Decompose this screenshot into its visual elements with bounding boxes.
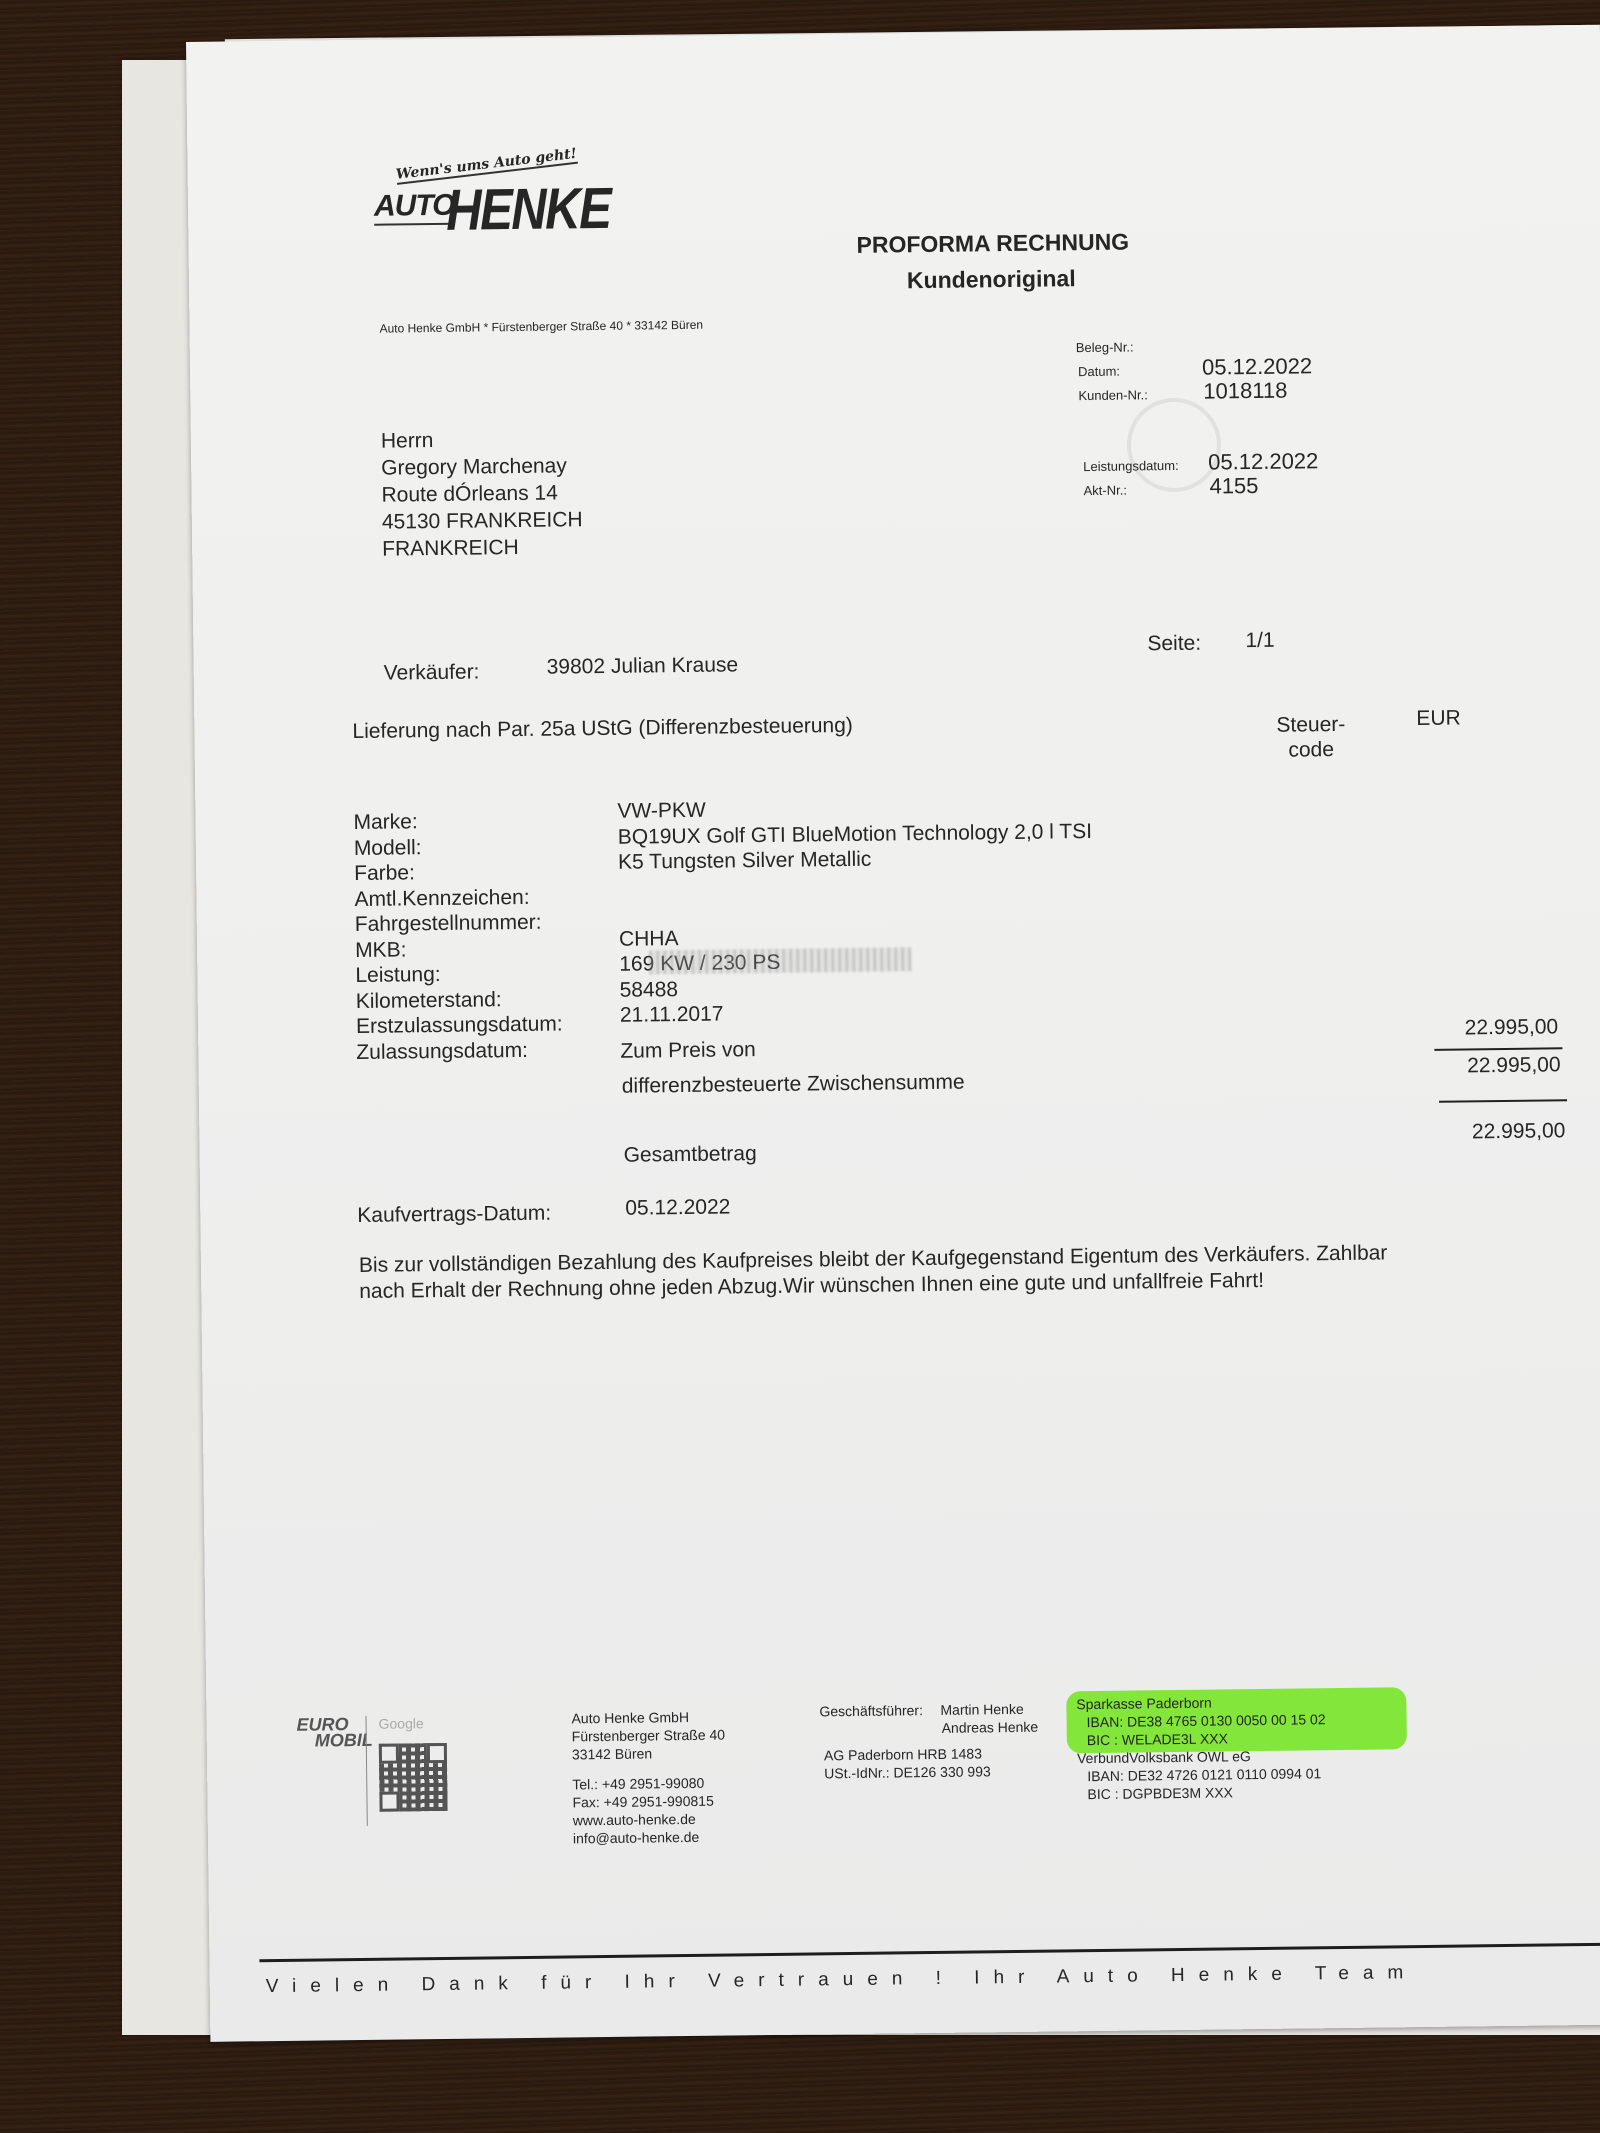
akt-nr-value: 4155 (1209, 473, 1258, 500)
leistungsdatum-value: 05.12.2022 (1208, 448, 1318, 475)
vehicle-field-label: MKB: (355, 935, 562, 963)
price-label: Zum Preis von (620, 1038, 756, 1064)
logo-auto-text: AUTO (374, 189, 455, 226)
footer-gf-label: Geschäftsführer: (819, 1701, 923, 1720)
recipient-country: FRANKREICH (382, 533, 583, 562)
datum-value: 05.12.2022 (1202, 353, 1312, 380)
page-value: 1/1 (1245, 629, 1274, 653)
steuercode-header-line2: code (1277, 737, 1346, 763)
contract-date-value: 05.12.2022 (625, 1195, 730, 1220)
footer-vat-id: USt.-IdNr.: DE126 330 993 (824, 1762, 991, 1782)
total-rule (1439, 1099, 1567, 1103)
bank1-iban: IBAN: DE38 4765 0130 0050 00 15 02 (1076, 1710, 1325, 1731)
invoice-page: Wenn's ums Auto geht! AUTO HENKE PROFORM… (186, 25, 1600, 2042)
subtotal-label: differenzbesteuerte Zwischensumme (622, 1071, 965, 1099)
vehicle-field-label: Zulassungsdatum: (356, 1037, 563, 1065)
seller-value: 39802 Julian Krause (547, 653, 739, 679)
vehicle-field-label: Farbe: (354, 858, 561, 886)
google-maps-label: Google (378, 1715, 423, 1732)
footer-company: Auto Henke GmbH (571, 1708, 725, 1728)
vw-watermark-icon (1126, 397, 1221, 492)
footer-website-link[interactable]: www.auto-henke.de (573, 1810, 727, 1830)
footer-register: AG Paderborn HRB 1483 (824, 1744, 982, 1764)
recipient-street: Route dÓrleans 14 (381, 479, 582, 508)
vehicle-field-label: Amtl.Kennzeichen: (354, 884, 561, 912)
kunden-nr-label: Kunden-Nr.: (1078, 387, 1148, 403)
vehicle-values: VW-PKWBQ19UX Golf GTI BlueMotion Technol… (617, 793, 1094, 1054)
vehicle-field-label: Leistung: (355, 960, 562, 988)
total-value: 22.995,00 (1415, 1119, 1565, 1145)
euromobil-logo: EURO MOBIL (296, 1716, 372, 1749)
redacted-vin (649, 947, 911, 974)
contract-date-label: Kaufvertrags-Datum: (357, 1202, 551, 1228)
akt-nr-label: Akt-Nr.: (1083, 483, 1127, 499)
subtotal-rule (1434, 1047, 1562, 1051)
currency-header: EUR (1416, 706, 1461, 731)
bank1-block: Sparkasse Paderborn IBAN: DE38 4765 0130… (1076, 1692, 1326, 1803)
recipient-name: Gregory Marchenay (381, 452, 582, 481)
page-label: Seite: (1147, 632, 1201, 657)
footer-fax: Fax: +49 2951-990815 (572, 1792, 726, 1812)
footer-tel: Tel.: +49 2951-99080 (572, 1774, 726, 1794)
subtotal-value: 22.995,00 (1410, 1053, 1560, 1079)
qr-code-icon[interactable] (379, 1743, 448, 1812)
bank2-iban: IBAN: DE32 4726 0121 0110 0994 01 (1077, 1764, 1326, 1785)
footer-rule (259, 1943, 1600, 1963)
recipient-city: 45130 FRANKREICH (382, 506, 583, 535)
steuercode-header-line1: Steuer- (1276, 712, 1345, 738)
bank2-bic: BIC : DGPBDE3M XXX (1077, 1782, 1326, 1803)
beleg-label: Beleg-Nr.: (1076, 339, 1134, 355)
sender-address-line: Auto Henke GmbH * Fürstenberger Straße 4… (379, 318, 703, 336)
total-label: Gesamtbetrag (623, 1142, 756, 1168)
footer-gf-1: Martin Henke (940, 1700, 1023, 1719)
steuercode-header: Steuer- code (1276, 712, 1345, 763)
tax-note: Lieferung nach Par. 25a UStG (Differenzb… (352, 714, 853, 744)
document-subtitle: Kundenoriginal (907, 265, 1076, 294)
document-title: PROFORMA RECHNUNG (856, 228, 1129, 258)
footer-email-link[interactable]: info@auto-henke.de (573, 1828, 727, 1848)
vehicle-field-label: Modell: (354, 833, 561, 861)
leistungsdatum-label: Leistungsdatum: (1083, 458, 1179, 474)
seller-label: Verkäufer: (384, 660, 480, 685)
footer-company-block: Auto Henke GmbH Fürstenberger Straße 40 … (571, 1708, 726, 1848)
vehicle-field-label: Erstzulassungsdatum: (356, 1011, 563, 1039)
kunden-nr-value: 1018118 (1203, 378, 1287, 405)
thank-you-line: Vielen Dank für Ihr Vertrauen ! Ihr Auto… (266, 1962, 1418, 1998)
recipient-address: Herrn Gregory Marchenay Route dÓrleans 1… (381, 425, 583, 562)
datum-label: Datum: (1078, 364, 1120, 380)
price-value: 22.995,00 (1408, 1015, 1558, 1041)
vehicle-field-label: Marke: (353, 807, 560, 835)
footer-street: Fürstenberger Straße 40 (572, 1726, 726, 1746)
logo-henke-text: HENKE (446, 175, 611, 244)
vehicle-field-label: Fahrgestellnummer: (355, 909, 562, 937)
recipient-salutation: Herrn (381, 425, 582, 454)
footer-gf-2: Andreas Henke (942, 1718, 1039, 1737)
vehicle-labels: Marke:Modell:Farbe:Amtl.Kennzeichen:Fahr… (353, 807, 563, 1065)
footer-city: 33142 Büren (572, 1744, 726, 1764)
vehicle-field-label: Kilometerstand: (356, 986, 563, 1014)
